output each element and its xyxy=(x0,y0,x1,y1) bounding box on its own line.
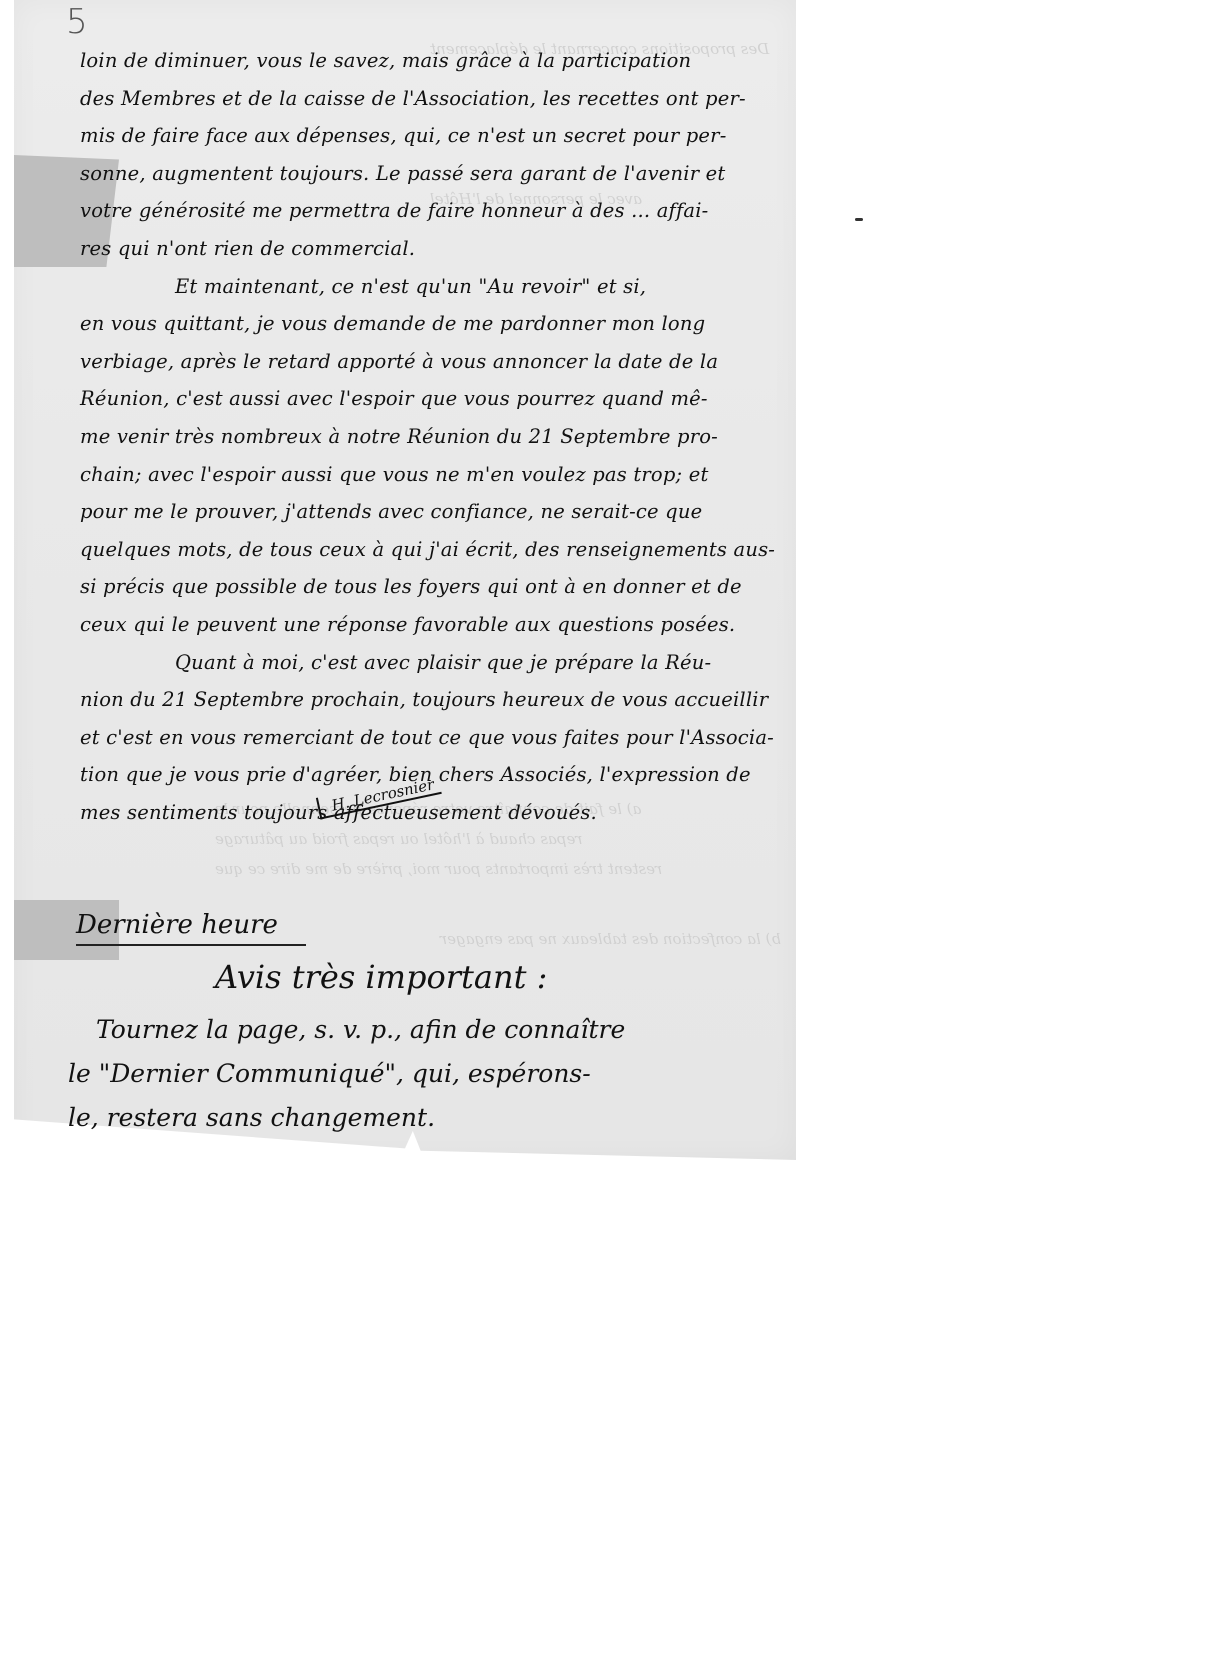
paragraph-line: chain; avec l'espoir aussi que vous ne m… xyxy=(80,456,760,494)
letter-body: loin de diminuer, vous le savez, mais gr… xyxy=(80,42,760,831)
paragraph-line: si précis que possible de tous les foyer… xyxy=(80,568,760,606)
body-line: votre générosité me permettra de faire h… xyxy=(80,192,760,230)
notice-line: le, restera sans changement. xyxy=(68,1096,768,1140)
body-line: res qui n'ont rien de commercial. xyxy=(80,230,760,268)
bleed-through-text: repas chaud à l'hôtel ou repas froid au … xyxy=(215,830,583,848)
paragraph-line: nion du 21 Septembre prochain, toujours … xyxy=(80,681,760,719)
bleed-through-text: restent très importants pour moi, prière… xyxy=(215,860,662,878)
paragraph-line: et c'est en vous remerciant de tout ce q… xyxy=(80,719,760,757)
paragraph-line: me venir très nombreux à notre Réunion d… xyxy=(80,418,760,456)
paragraph-line: Et maintenant, ce n'est qu'un "Au revoir… xyxy=(80,268,760,306)
paragraph-line: quelques mots, de tous ceux à qui j'ai é… xyxy=(80,531,760,569)
last-minute-notice: Tournez la page, s. v. p., afin de conna… xyxy=(68,1008,768,1140)
body-line: sonne, augmentent toujours. Le passé ser… xyxy=(80,155,760,193)
body-line: des Membres et de la caisse de l'Associa… xyxy=(80,80,760,118)
last-minute-heading: Dernière heure xyxy=(76,910,306,946)
paragraph-line: Réunion, c'est aussi avec l'espoir que v… xyxy=(80,380,760,418)
bleed-through-text: b) la confection des tableaux ne pas eng… xyxy=(440,930,781,948)
notice-line: le "Dernier Communiqué", qui, espérons- xyxy=(68,1052,768,1096)
page-number: 5 xyxy=(66,2,88,42)
notice-line: Tournez la page, s. v. p., afin de conna… xyxy=(68,1008,768,1052)
body-line: loin de diminuer, vous le savez, mais gr… xyxy=(80,42,760,80)
body-line: mis de faire face aux dépenses, qui, ce … xyxy=(80,117,760,155)
scan-speck xyxy=(855,218,863,221)
paragraph-line: Quant à moi, c'est avec plaisir que je p… xyxy=(80,644,760,682)
important-notice-heading: Avis très important : xyxy=(215,958,547,996)
paragraph-line: en vous quittant, je vous demande de me … xyxy=(80,305,760,343)
paragraph-line: verbiage, après le retard apporté à vous… xyxy=(80,343,760,381)
paragraph-line: ceux qui le peuvent une réponse favorabl… xyxy=(80,606,760,644)
paragraph-line: pour me le prouver, j'attends avec confi… xyxy=(80,493,760,531)
